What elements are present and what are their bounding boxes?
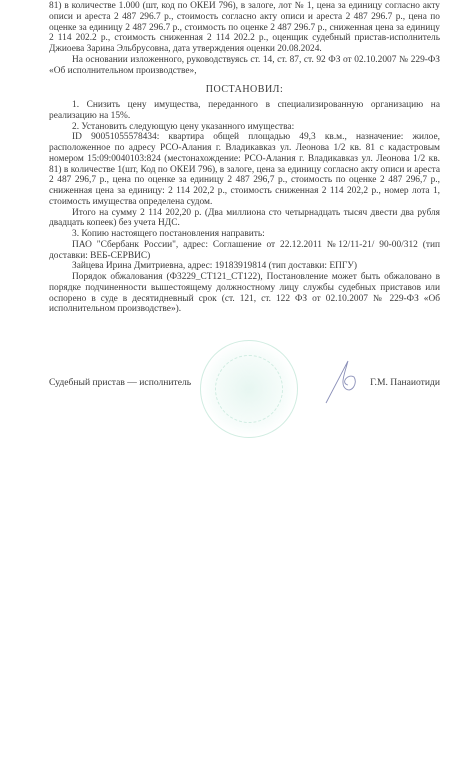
decision-heading: ПОСТАНОВИЛ: [49,85,440,96]
paragraph-recipient-person: Зайцева Ирина Дмитриевна, адрес: 1918391… [49,261,440,272]
paragraph-total: Итого на сумму 2 114 202,20 р. (Два милл… [49,208,440,230]
signatory-name: Г.М. Панаиотиди [370,377,440,388]
document-body: 81) в количестве 1.000 (шт, код по ОКЕИ … [49,1,440,315]
signatory-role: Судебный пристав — исполнитель [49,377,191,388]
paragraph-item-1: 1. Снизить цену имущества, переданного в… [49,100,440,122]
paragraph-lot-details: 81) в количестве 1.000 (шт, код по ОКЕИ … [49,1,440,55]
paragraph-property-description: ID 90051055578434: квартира общей площад… [49,132,440,207]
paragraph-recipient-bank: ПАО "Сбербанк России", адрес: Соглашение… [49,240,440,262]
paragraph-legal-basis: На основании изложенного, руководствуясь… [49,55,440,77]
paragraph-item-2: 2. Установить следующую цену указанного … [49,122,440,133]
paragraph-item-3: 3. Копию настоящего постановления направ… [49,229,440,240]
signature-row: Судебный пристав — исполнитель Г.М. Пана… [49,377,440,391]
paragraph-appeal-procedure: Порядок обжалования (Ф3229_СТ121_СТ122),… [49,272,440,315]
